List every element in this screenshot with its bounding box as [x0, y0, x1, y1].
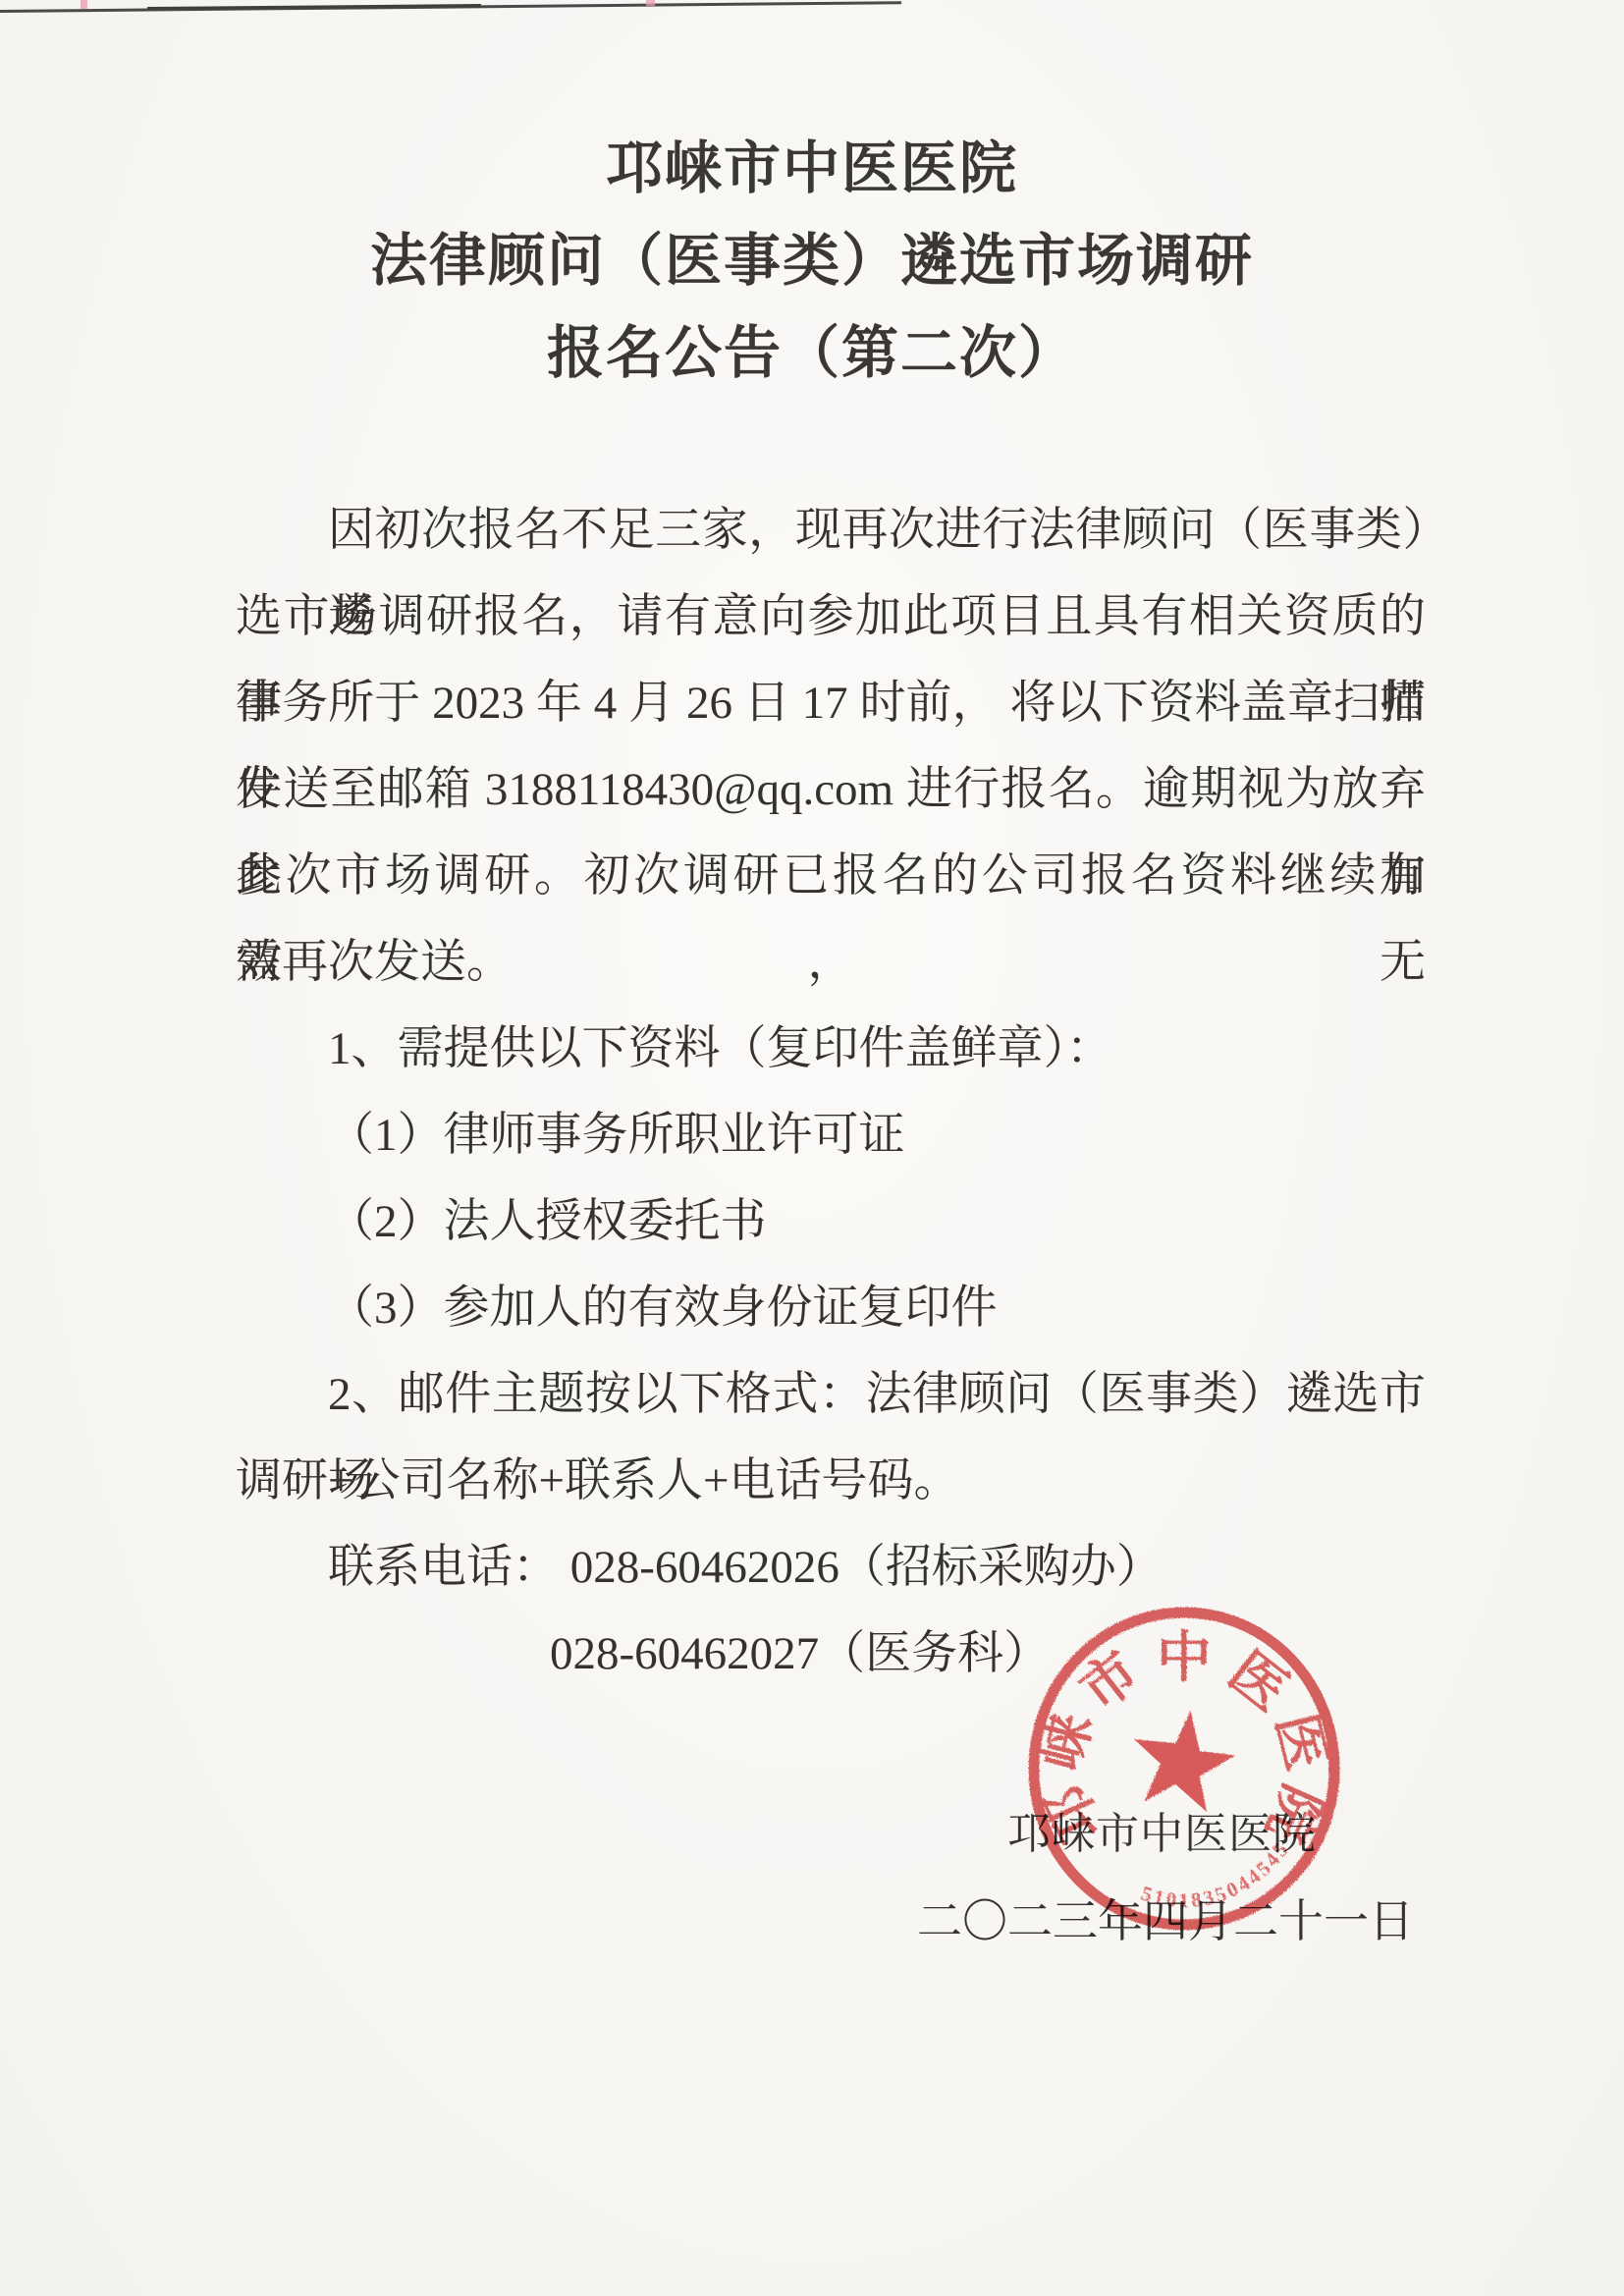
official-seal: 邛 崃 市 中 医 医 院 5101835044545 [1023, 1601, 1345, 1937]
body-line-phone-1: 联系电话： 028-60462026（招标采购办） [236, 1524, 1426, 1611]
body-line: 此次市场调研。初次调研已报名的公司报名资料继续有效，无 [236, 833, 1426, 919]
scan-artifact-speck [81, 0, 87, 9]
body-line: 调研+公司名称+联系人+电话号码。 [236, 1438, 1426, 1524]
seal-arc-char: 崃 [1032, 1708, 1105, 1776]
body-line: 选市场调研报名，请有意向参加此项目且具有相关资质的律师 [236, 574, 1426, 660]
body-line-email: 发送至邮箱 3188118430@qq.com 进行报名。逾期视为放弃参加 [236, 746, 1426, 833]
seal-arc-char: 中 [1157, 1628, 1212, 1689]
document-title: 邛崃市中医医院 法律顾问（医事类）遴选市场调研 报名公告（第二次） [0, 123, 1624, 400]
star-icon [1134, 1711, 1235, 1812]
title-line-3: 报名公告（第二次） [0, 307, 1624, 400]
body-list-item-3: （3）参加人的有效身份证复印件 [236, 1265, 1426, 1351]
body-list-item-1: （1）律师事务所职业许可证 [236, 1092, 1426, 1178]
body-line: 事务所于 2023 年 4 月 26 日 17 时前， 将以下资料盖章扫描件 [236, 660, 1426, 746]
body-line: 因初次报名不足三家，现再次进行法律顾问（医事类）遴 [236, 487, 1426, 574]
seal-arc-char: 医 [1265, 1708, 1337, 1776]
document-body: 因初次报名不足三家，现再次进行法律顾问（医事类）遴 选市场调研报名，请有意向参加… [236, 487, 1426, 1697]
body-list-heading: 1、需提供以下资料（复印件盖鲜章）： [236, 1006, 1426, 1092]
scanned-document-page: 邛崃市中医医院 法律顾问（医事类）遴选市场调研 报名公告（第二次） 因初次报名不… [0, 0, 1624, 2296]
body-line: 2、邮件主题按以下格式：法律顾问（医事类）遴选市场 [236, 1351, 1426, 1438]
title-line-2: 法律顾问（医事类）遴选市场调研 [0, 215, 1624, 307]
scan-artifact-speck [646, 0, 655, 6]
title-line-1: 邛崃市中医医院 [0, 123, 1624, 215]
body-list-item-2: （2）法人授权委托书 [236, 1178, 1426, 1265]
